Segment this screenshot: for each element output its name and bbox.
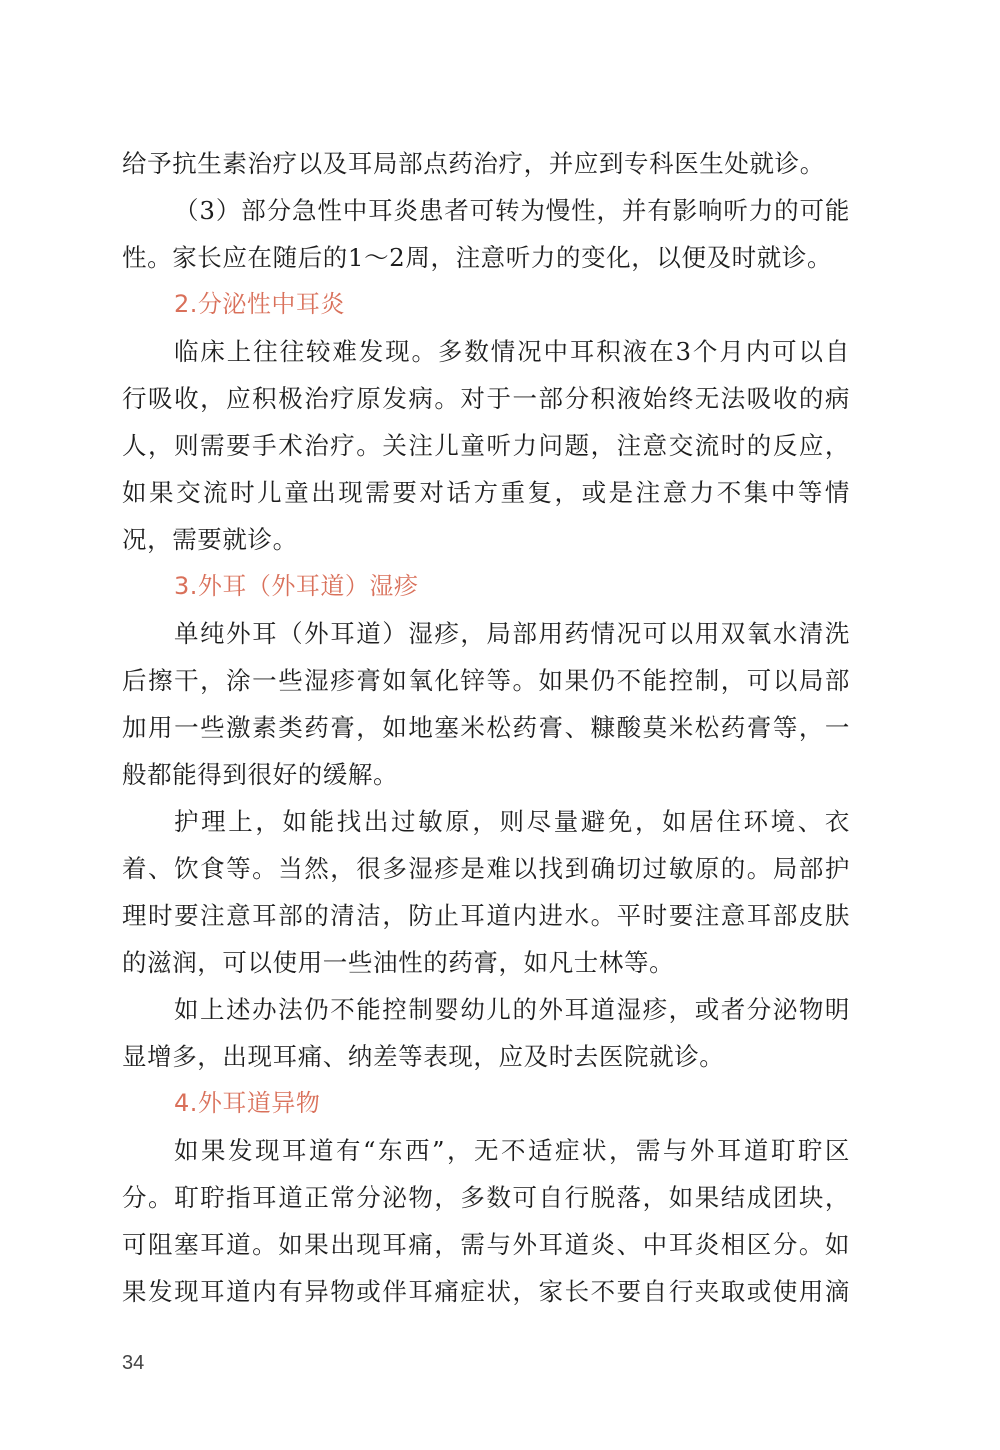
body-line: 后擦干，涂一些湿疹膏如氧化锌等。如果仍不能控制，可以局部 bbox=[122, 657, 850, 704]
body-line: 分。耵聍指耳道正常分泌物，多数可自行脱落，如果结成团块， bbox=[122, 1174, 850, 1221]
body-line: 如果发现耳道有“东西”，无不适症状，需与外耳道耵聍区 bbox=[174, 1127, 850, 1174]
section-heading-secretory-otitis-media: 2.分泌性中耳炎 bbox=[174, 281, 345, 328]
body-line: 况，需要就诊。 bbox=[122, 516, 298, 563]
body-line: 临床上往往较难发现。多数情况中耳积液在3个月内可以自 bbox=[174, 328, 850, 375]
body-line: （3）部分急性中耳炎患者可转为慢性，并有影响听力的可能 bbox=[174, 187, 850, 234]
body-line: 如果交流时儿童出现需要对话方重复，或是注意力不集中等情 bbox=[122, 469, 850, 516]
body-line: 人，则需要手术治疗。关注儿童听力问题，注意交流时的反应， bbox=[122, 422, 850, 469]
body-line: 般都能得到很好的缓解。 bbox=[122, 751, 398, 798]
body-line: 给予抗生素治疗以及耳局部点药治疗，并应到专科医生处就诊。 bbox=[122, 140, 825, 187]
body-line: 如上述办法仍不能控制婴幼儿的外耳道湿疹，或者分泌物明 bbox=[174, 986, 850, 1033]
body-line: 性。家长应在随后的1～2周，注意听力的变化，以便及时就诊。 bbox=[122, 234, 832, 281]
section-heading-ear-canal-foreign-body: 4.外耳道异物 bbox=[174, 1080, 320, 1127]
body-line: 显增多，出现耳痛、纳差等表现，应及时去医院就诊。 bbox=[122, 1033, 724, 1080]
body-line: 理时要注意耳部的清洁，防止耳道内进水。平时要注意耳部皮肤 bbox=[122, 892, 850, 939]
body-line: 果发现耳道内有异物或伴耳痛症状，家长不要自行夹取或使用滴 bbox=[122, 1268, 850, 1315]
body-line: 可阻塞耳道。如果出现耳痛，需与外耳道炎、中耳炎相区分。如 bbox=[122, 1221, 850, 1268]
body-line: 加用一些激素类药膏，如地塞米松药膏、糠酸莫米松药膏等，一 bbox=[122, 704, 850, 751]
body-line: 行吸收，应积极治疗原发病。对于一部分积液始终无法吸收的病 bbox=[122, 375, 850, 422]
section-heading-external-ear-eczema: 3.外耳（外耳道）湿疹 bbox=[174, 563, 418, 610]
body-line: 的滋润，可以使用一些油性的药膏，如凡士林等。 bbox=[122, 939, 674, 986]
page-number: 34 bbox=[122, 1352, 144, 1375]
body-line: 着、饮食等。当然，很多湿疹是难以找到确切过敏原的。局部护 bbox=[122, 845, 850, 892]
body-line: 护理上，如能找出过敏原，则尽量避免，如居住环境、衣 bbox=[174, 798, 850, 845]
body-line: 单纯外耳（外耳道）湿疹，局部用药情况可以用双氧水清洗 bbox=[174, 610, 850, 657]
